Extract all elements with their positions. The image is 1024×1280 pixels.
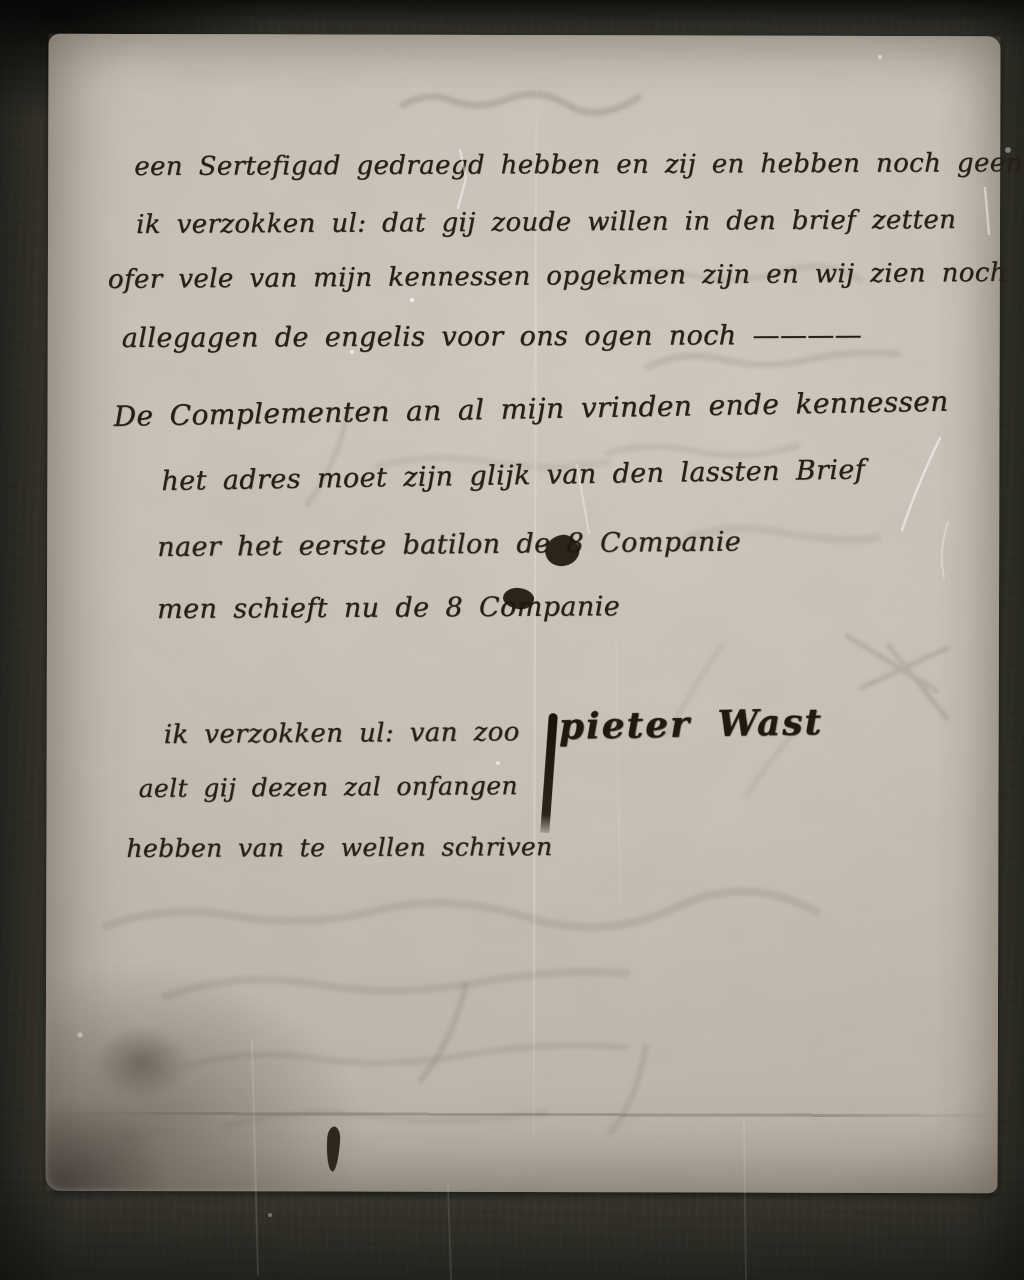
signature: pieter Wast: [558, 701, 823, 748]
handwritten-line: men schieft nu de 8 Companie: [157, 591, 620, 625]
handwritten-line: het adres moet zijn glijk van den lasste…: [161, 454, 865, 497]
handwritten-line: naer het eerste batilon de 8 Companie: [157, 526, 741, 563]
handwritten-line: aelt gij dezen zal onfangen: [138, 771, 518, 803]
handwriting: een Sertefigad gedraegd hebben en zij en…: [45, 34, 1000, 1193]
handwritten-line: ik verzokken ul: van zoo: [164, 717, 520, 750]
handwritten-line: allegagen de engelis voor ons ogen noch …: [122, 320, 862, 354]
ink-stroke: [540, 713, 558, 833]
handwritten-line: een Sertefigad gedraegd hebben en zij en…: [134, 148, 1024, 182]
photograph: een Sertefigad gedraegd hebben en zij en…: [0, 0, 1024, 1280]
handwritten-line: ofer vele van mijn kennessen opgekmen zi…: [108, 258, 1007, 295]
ink-blot: [325, 1126, 340, 1172]
letter-paper: een Sertefigad gedraegd hebben en zij en…: [45, 34, 1000, 1193]
handwritten-line: hebben van te wellen schriven: [126, 832, 552, 863]
handwritten-line: ik verzokken ul: dat gij zoude willen in…: [136, 205, 956, 240]
handwritten-line: De Complementen an al mijn vrinden ende …: [113, 385, 949, 433]
